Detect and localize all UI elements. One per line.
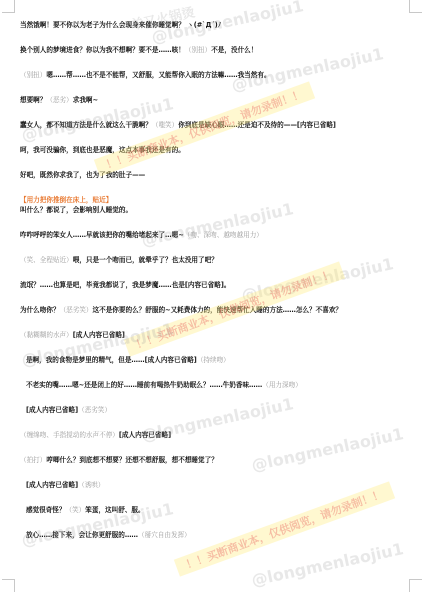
dialogue-text: 呵，我可没骗你，到底也是恶魔，这点本事我还是有的。 <box>20 146 185 154</box>
stage-direction: （笑） <box>66 506 86 514</box>
stage-direction: （诱哄） <box>78 481 104 489</box>
stage-direction: （用力深吻） <box>262 381 302 389</box>
dialogue-text: 你到底是缺心眼……还是迫不及待的——[内容已省略] <box>178 121 336 129</box>
script-line: （缠绵吻、手指搅动的水声不停）[成人内容已省略] <box>20 430 410 440</box>
page-corner-mark <box>409 579 422 592</box>
dialogue-text: 咋咋呼呼的笨女人……早就该把你的嘴给堵起来了…嗯~ <box>20 231 184 239</box>
dialogue-text: [成人内容已省略] <box>26 481 78 489</box>
script-line: （黏糊糊的水声）[成人内容已省略] <box>20 330 410 340</box>
stage-direction: （吻、深吻、越吻越用力） <box>184 231 263 239</box>
script-line: 是啊，我的食物是梦里的精气，但是……[成人内容已省略]（持续吻） <box>20 355 410 365</box>
dialogue-text: 叫什么？都说了，会影响别人睡觉的。 <box>20 206 132 214</box>
script-line: 呵，我可没骗你，到底也是恶魔，这点本事我还是有的。 <box>20 145 410 155</box>
stage-direction: （持续吻） <box>197 356 230 364</box>
dialogue-text: 当然饿啊！要不你以为老子为什么会现身来催你睡觉啊？ ヽ(#`Д´)ﾉ <box>20 21 221 29</box>
dialogue-text: 为什么吻你？ <box>20 306 60 314</box>
dialogue-text: 流氓？……也算是吧，毕竟我都说了，我是梦魔……也是[内容已省略]。 <box>20 281 230 289</box>
stage-direction: （恶劣笑） <box>78 406 111 414</box>
dialogue-text: 哼唧什么？到底想不想要？还想不想舒服，想不想睡觉了？ <box>46 456 217 464</box>
stage-direction: （别扭） <box>20 71 46 79</box>
script-line: 叫什么？都说了，会影响别人睡觉的。 <box>20 205 410 215</box>
dialogue-text: 嗯……帮……也不是不能帮，又舒服，又能帮你入眠的方法嘛……我当然有。 <box>46 71 270 79</box>
dialogue-text: 想要啊？ <box>20 96 46 104</box>
dialogue-text: 这不是你要的么？舒服的~又耗费体力的，能快速帮忙入睡的方法……怎么？不喜欢？ <box>93 306 343 314</box>
script-line: 不老实的嘴……嗯~还是闭上的好……睡前有喝热牛奶助眠么？……牛奶香味……（用力深… <box>20 380 410 390</box>
script-line: （别扭）嗯……帮……也不是不能帮，又舒服，又能帮你入眠的方法嘛……我当然有。 <box>20 70 410 80</box>
stage-direction: （掰穴自由发挥） <box>138 531 191 539</box>
script-line: 流氓？……也算是吧，毕竟我都说了，我是梦魔……也是[内容已省略]。 <box>20 280 410 290</box>
stage-direction: （恶劣笑） <box>60 306 93 314</box>
stage-direction: （缠绵吻、手指搅动的水声不停） <box>20 431 119 439</box>
script-line: 【用力把你推倒在床上，贴近】 <box>20 195 410 205</box>
stage-direction: （笑、全程贴近） <box>20 256 73 264</box>
dialogue-text: 不是，没什么！ <box>211 46 257 54</box>
dialogue-text: 感觉很奇怪？ <box>26 506 66 514</box>
script-line: 咋咋呼呼的笨女人……早就该把你的嘴给堵起来了…嗯~（吻、深吻、越吻越用力） <box>20 230 410 240</box>
script-line: 换个别人的梦境进食？你以为我不想啊？要不是……咳！（别扭）不是，没什么！ <box>20 45 410 55</box>
script-line: 放心……接下来，会让你更舒服的……（掰穴自由发挥） <box>20 530 410 540</box>
dialogue-text: [成人内容已省略] <box>119 431 171 439</box>
script-line: （笑、全程贴近）喂，只是一个吻而已，就晕乎了？也太没用了吧？ <box>20 255 410 265</box>
dialogue-text: 放心……接下来，会让你更舒服的…… <box>26 531 138 539</box>
stage-direction: （别扭） <box>185 46 211 54</box>
dialogue-text: [成人内容已省略] <box>26 406 78 414</box>
script-line: [成人内容已省略]（恶劣笑） <box>20 405 410 415</box>
dialogue-text: 是啊，我的食物是梦里的精气，但是……[成人内容已省略] <box>26 356 197 364</box>
script-line: [成人内容已省略]（诱哄） <box>20 480 410 490</box>
action-direction: 【用力把你推倒在床上，贴近】 <box>20 196 112 204</box>
script-line: 蠢女人，都不知道方法是什么就这么干脆啊？（嗤笑）你到底是缺心眼……还是迫不及待的… <box>20 120 410 130</box>
stage-direction: （恶劣） <box>46 96 72 104</box>
stage-direction: （嗤笑） <box>152 121 178 129</box>
dialogue-text: 换个别人的梦境进食？你以为我不想啊？要不是……咳！ <box>20 46 185 54</box>
dialogue-text: 蠢女人，都不知道方法是什么就这么干脆啊？ <box>20 121 152 129</box>
page-corner-mark <box>2 0 15 13</box>
page-corner-mark <box>409 0 422 13</box>
page-corner-mark <box>2 579 15 592</box>
document-page: 当然饿啊！要不你以为老子为什么会现身来催你睡觉啊？ ヽ(#`Д´)ﾉ换个别人的梦… <box>20 20 410 555</box>
dialogue-text: 笨蛋，这叫舒、服。 <box>85 506 144 514</box>
dialogue-text: 不老实的嘴……嗯~还是闭上的好……睡前有喝热牛奶助眠么？……牛奶香味…… <box>26 381 262 389</box>
dialogue-text: 喂，只是一个吻而已，就晕乎了？也太没用了吧？ <box>73 256 218 264</box>
script-line: 好吧，既然你求我了，也为了我的肚子—— <box>20 170 410 180</box>
script-line: （拍打）哼唧什么？到底想不想要？还想不想舒服，想不想睡觉了？ <box>20 455 410 465</box>
dialogue-text: 好吧，既然你求我了，也为了我的肚子—— <box>20 171 145 179</box>
script-line: 想要啊？（恶劣）求我啊~ <box>20 95 410 105</box>
stage-direction: （黏糊糊的水声） <box>20 331 73 339</box>
dialogue-text: 求我啊~ <box>73 96 98 104</box>
script-line: 为什么吻你？（恶劣笑）这不是你要的么？舒服的~又耗费体力的，能快速帮忙入睡的方法… <box>20 305 410 315</box>
dialogue-text: [成人内容已省略] <box>73 331 125 339</box>
script-line: 当然饿啊！要不你以为老子为什么会现身来催你睡觉啊？ ヽ(#`Д´)ﾉ <box>20 20 410 30</box>
stage-direction: （拍打） <box>20 456 46 464</box>
script-line: 感觉很奇怪？（笑）笨蛋，这叫舒、服。 <box>20 505 410 515</box>
